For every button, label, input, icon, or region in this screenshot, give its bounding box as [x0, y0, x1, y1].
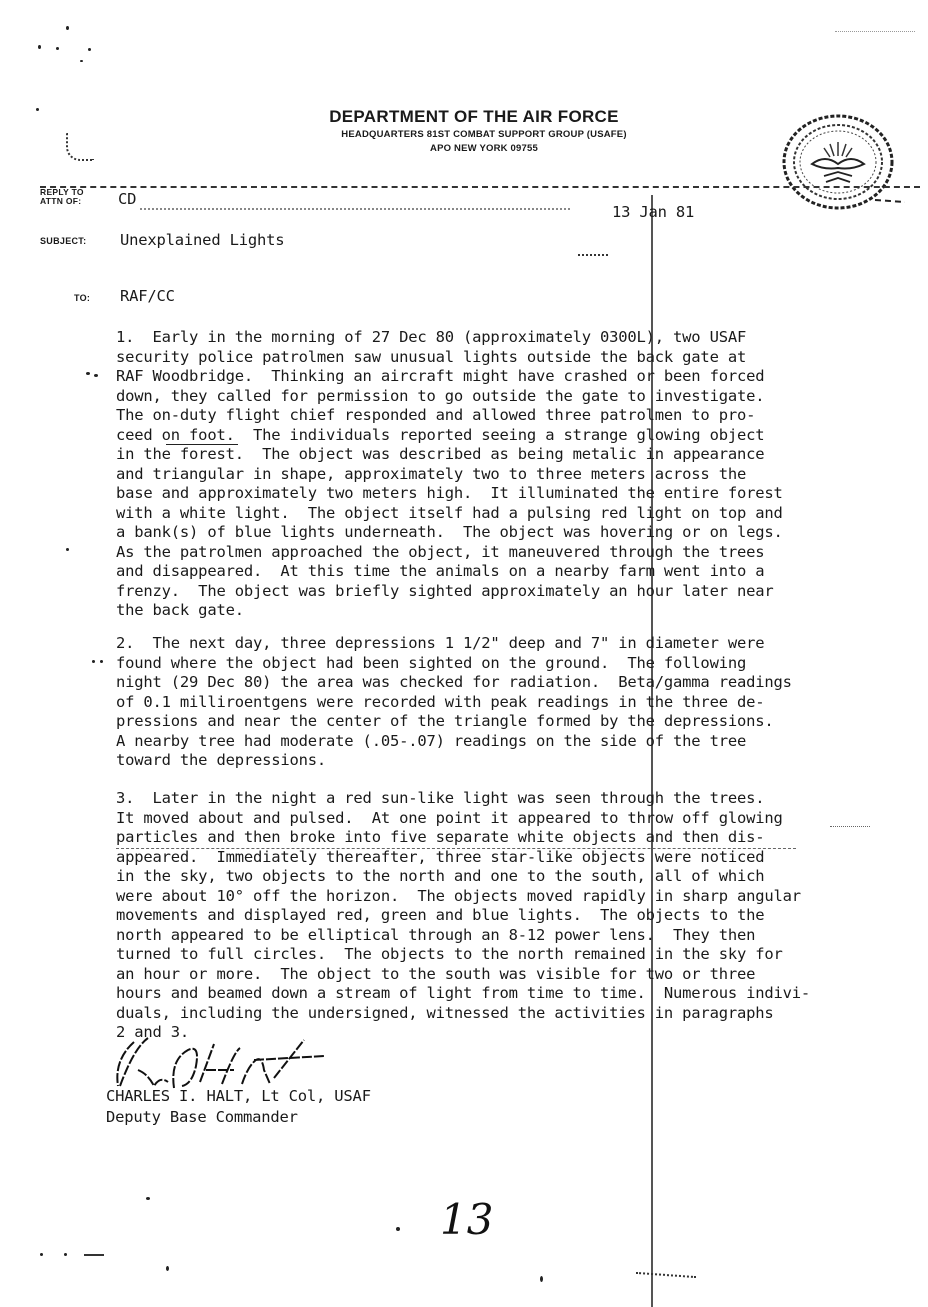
scan-speck [36, 108, 39, 111]
paragraph-line: ceed on foot. The individuals reported s… [116, 426, 876, 446]
reply-to-label: REPLY TO ATTN OF: [40, 188, 84, 206]
paragraph-line: found where the object had been sighted … [116, 654, 876, 674]
paragraph-line: duals, including the undersigned, witnes… [116, 1004, 876, 1024]
paragraph-line: down, they called for permission to go o… [116, 387, 876, 407]
scan-speck [66, 548, 69, 551]
paragraph-line: frenzy. The object was briefly sighted a… [116, 582, 876, 602]
signer-name: CHARLES I. HALT, Lt Col, USAF [106, 1087, 371, 1107]
paragraph-line: As the patrolmen approached the object, … [116, 543, 876, 563]
paragraph-line: a bank(s) of blue lights underneath. The… [116, 523, 876, 543]
paragraph-line: 3. Later in the night a red sun-like lig… [116, 789, 876, 809]
scan-speck [92, 660, 95, 663]
paragraph-line: with a white light. The object itself ha… [116, 504, 876, 524]
paragraph-line: particles and then broke into five separ… [116, 828, 876, 848]
reply-to-value: CD [118, 190, 136, 210]
paragraph-1: 1. Early in the morning of 27 Dec 80 (ap… [116, 328, 876, 621]
paragraph-line: turned to full circles. The objects to t… [116, 945, 876, 965]
to-label: TO: [74, 294, 90, 303]
scan-speck [396, 1227, 400, 1231]
signer-title: Deputy Base Commander [106, 1108, 298, 1128]
scan-speck [540, 1276, 543, 1282]
paragraph-line: in the sky, two objects to the north and… [116, 867, 876, 887]
handwritten-signature [104, 1030, 334, 1094]
paragraph-line: RAF Woodbridge. Thinking an aircraft mig… [116, 367, 876, 387]
scan-mark [116, 848, 796, 849]
paragraph-line: night (29 Dec 80) the area was checked f… [116, 673, 876, 693]
paragraph-line: base and approximately two meters high. … [116, 484, 876, 504]
memo-date: 13 Jan 81 [612, 203, 694, 223]
header-dotted-rule [140, 208, 570, 210]
paragraph-line: of 0.1 milliroentgens were recorded with… [116, 693, 876, 713]
paragraph-line: A nearby tree had moderate (.05-.07) rea… [116, 732, 876, 752]
paragraph-line: and disappeared. At this time the animal… [116, 562, 876, 582]
paragraph-line: north appeared to be elliptical through … [116, 926, 876, 946]
scan-speck [80, 60, 83, 62]
subject-value: Unexplained Lights [120, 231, 284, 251]
paragraph-line: The on-duty flight chief responded and a… [116, 406, 876, 426]
to-value: RAF/CC [120, 287, 175, 307]
scan-mark [578, 254, 608, 256]
scan-speck [86, 372, 90, 375]
underline-on-foot [166, 444, 238, 445]
scan-mark [835, 31, 915, 32]
paragraph-line: toward the depressions. [116, 751, 876, 771]
scan-mark [830, 826, 870, 827]
paragraph-line: and triangular in shape, approximately t… [116, 465, 876, 485]
paragraph-line: the back gate. [116, 601, 876, 621]
paragraph-line: were about 10° off the horizon. The obje… [116, 887, 876, 907]
paragraph-line: security police patrolmen saw unusual li… [116, 348, 876, 368]
scan-speck [64, 1253, 67, 1256]
scan-speck [146, 1197, 150, 1200]
scan-speck [40, 1253, 43, 1256]
page-number: 13 [440, 1195, 493, 1244]
paragraph-line: pressions and near the center of the tri… [116, 712, 876, 732]
scan-mark [84, 1254, 104, 1256]
paragraph-line: 1. Early in the morning of 27 Dec 80 (ap… [116, 328, 876, 348]
header-rule [40, 186, 920, 188]
paragraph-2: 2. The next day, three depressions 1 1/2… [116, 634, 876, 771]
paragraph-3: 3. Later in the night a red sun-like lig… [116, 789, 876, 1043]
scan-speck [56, 47, 59, 50]
paragraph-line: an hour or more. The object to the south… [116, 965, 876, 985]
scan-speck [66, 26, 69, 30]
scan-speck [88, 48, 91, 51]
scan-mark [636, 1272, 696, 1278]
scan-speck [166, 1266, 169, 1271]
scan-speck [38, 45, 41, 49]
reply-to-label-line2: ATTN OF: [40, 197, 84, 206]
scan-mark [66, 133, 94, 161]
scan-speck [100, 660, 103, 663]
dod-seal-icon [780, 112, 905, 212]
scan-speck [94, 374, 98, 377]
paragraph-line: It moved about and pulsed. At one point … [116, 809, 876, 829]
paragraph-line: movements and displayed red, green and b… [116, 906, 876, 926]
subject-label: SUBJECT: [40, 237, 86, 246]
paragraph-line: 2. The next day, three depressions 1 1/2… [116, 634, 876, 654]
paragraph-line: appeared. Immediately thereafter, three … [116, 848, 876, 868]
paragraph-line: in the forest. The object was described … [116, 445, 876, 465]
paragraph-line: hours and beamed down a stream of light … [116, 984, 876, 1004]
